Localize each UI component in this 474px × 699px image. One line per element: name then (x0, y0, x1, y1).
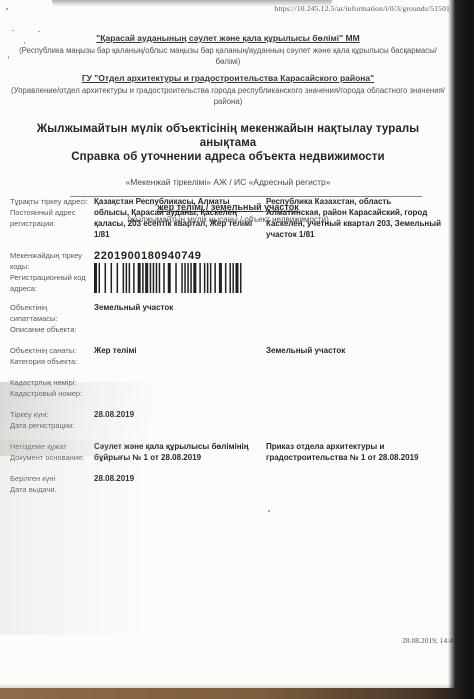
row-label-kazakh: Тұрақты тіркеу адресі: (10, 196, 90, 207)
org-note-russian: (Управление/отдел архитектуры и градостр… (8, 86, 448, 107)
row-value-kazakh: 2201900180940749 (94, 250, 262, 293)
row-label: Объектінің сипаттамасы: Описание объекта… (10, 302, 90, 335)
print-timestamp: 28.08.2019, 14:4 (402, 636, 453, 645)
row-label: Мекенжайдың тіркеу коды: Регистрационный… (10, 250, 90, 294)
row-value-russian: Республика Казахстан, область Алматинска… (266, 196, 446, 240)
scanned-document-page: https://10.245.12.5/ar/information/i/0/3… (0, 0, 474, 699)
row-label: Тұрақты тіркеу адресі: Постоянный адрес … (10, 196, 90, 229)
scan-speck (38, 31, 40, 32)
scan-bed-edge (448, 0, 474, 699)
row-label-kazakh: Мекенжайдың тіркеу коды: (10, 250, 90, 272)
address-code-barcode (94, 263, 246, 293)
scan-speck (98, 35, 100, 37)
registration-code-number: 2201900180940749 (94, 250, 262, 262)
row-value-russian: Приказ отдела архитектуры и градостроите… (266, 441, 446, 463)
table-row: Объектінің санаты: Категория объекта: Же… (10, 345, 446, 367)
row-value-kazakh: Қазақстан Республикасы, Алматы облысы, Қ… (94, 196, 262, 240)
org-name-kazakh: "Қарасай ауданының сәулет және қала құры… (8, 33, 448, 44)
scan-speck (12, 30, 14, 31)
scan-shadow (0, 440, 148, 635)
table-row: Тұрақты тіркеу адресі: Постоянный адрес … (10, 196, 446, 240)
row-label-kazakh: Объектінің сипаттамасы: (10, 302, 90, 324)
row-label: Объектінің санаты: Категория объекта: (10, 345, 90, 367)
scan-top-smudge (52, 0, 332, 7)
scan-bed-edge (0, 688, 474, 699)
scan-speck (268, 510, 270, 512)
org-note-kazakh: (Республика маңызы бар қаланың/облыс маң… (8, 46, 448, 67)
row-label-russian: Регистрационный код адреса: (10, 272, 90, 294)
row-value-kazakh: Земельный участок (94, 302, 262, 313)
table-row: Мекенжайдың тіркеу коды: Регистрационный… (10, 250, 446, 294)
row-value-kazakh: Жер телімі (94, 345, 262, 356)
row-label-russian: Категория объекта: (10, 356, 90, 367)
org-name-russian: ГУ "Отдел архитектуры и градостроительст… (8, 73, 448, 84)
row-label-russian: Описание объекта: (10, 324, 90, 335)
system-name: «Мекенжай тіркелімі» АЖ / ИС «Адресный р… (8, 177, 448, 187)
scan-speck (6, 8, 8, 10)
document-title-kazakh: Жылжымайтын мүлік объектісінің мекенжайы… (8, 122, 448, 150)
table-row: Объектінің сипаттамасы: Описание объекта… (10, 302, 446, 335)
scan-speck (24, 42, 25, 44)
row-value-russian: Земельный участок (266, 345, 446, 356)
row-label-russian: Постоянный адрес регистрации: (10, 207, 90, 229)
document-title-russian: Справка об уточнении адреса объекта недв… (8, 150, 448, 164)
scan-speck (8, 56, 9, 59)
row-label-kazakh: Объектінің санаты: (10, 345, 90, 356)
